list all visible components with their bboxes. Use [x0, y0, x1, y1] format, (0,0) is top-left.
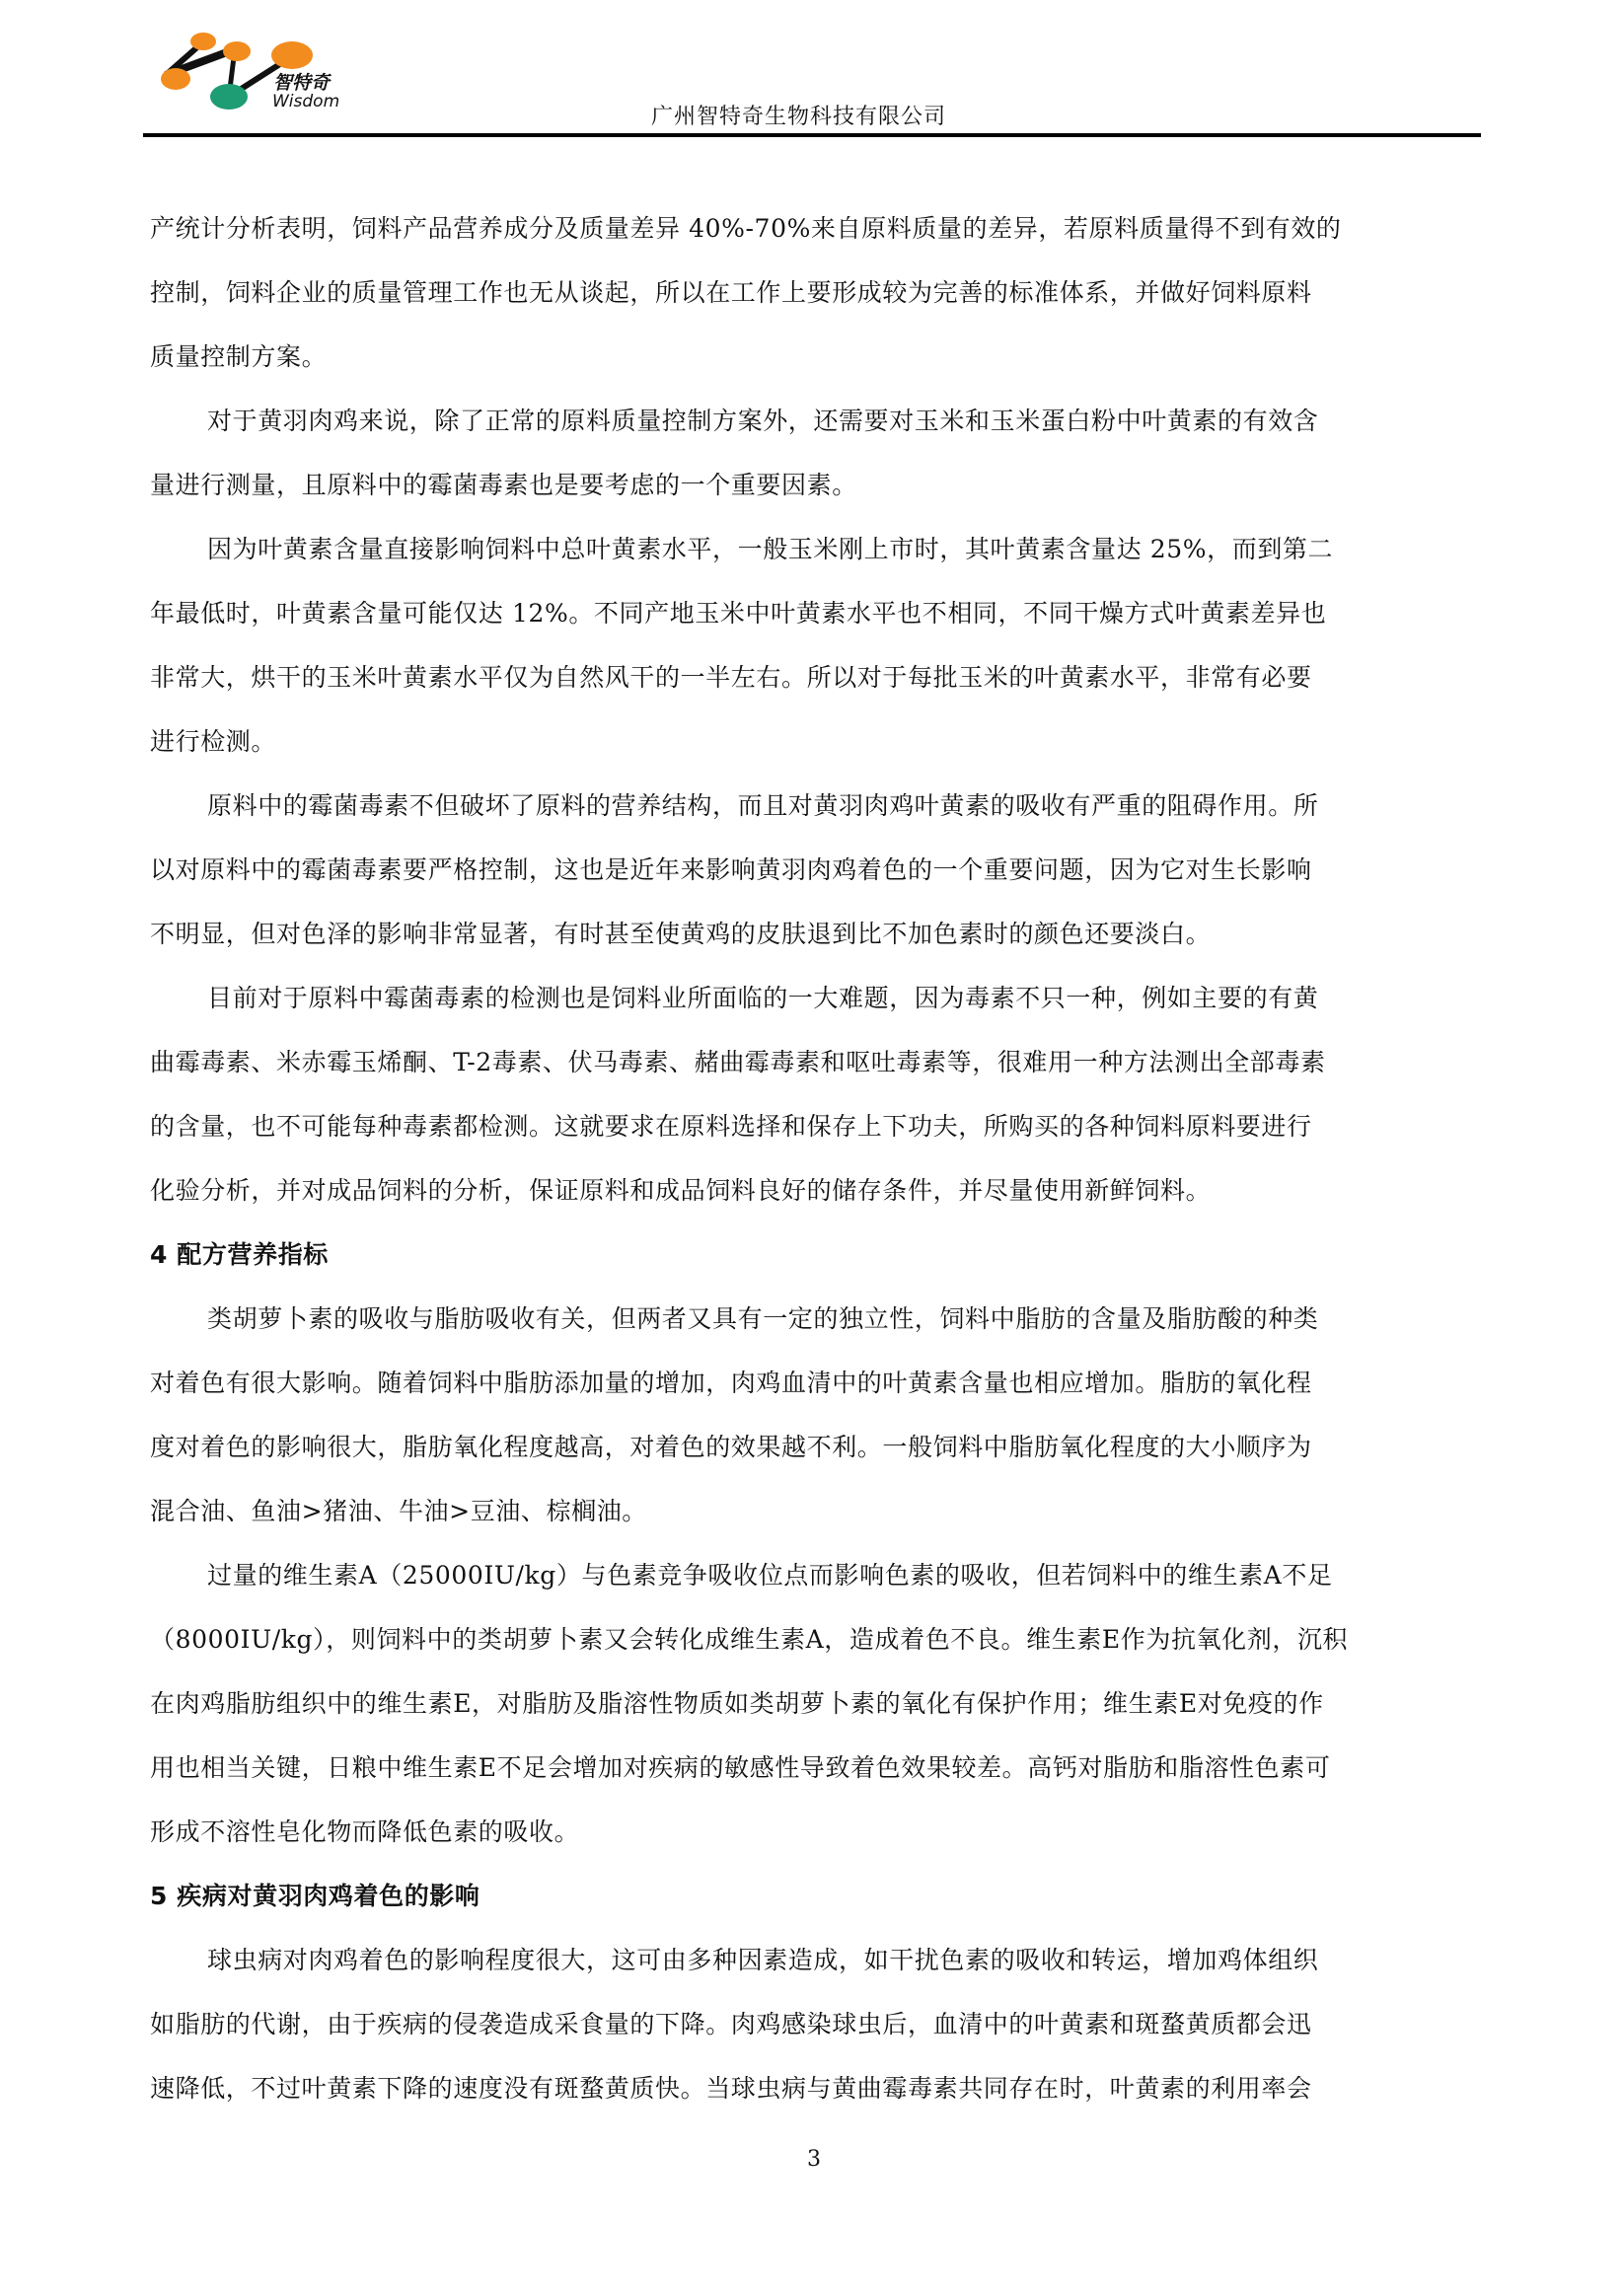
paragraph-line: 进行检测。 [150, 720, 1494, 784]
paragraph-line: 的含量，也不可能每种毒素都检测。这就要求在原料选择和保存上下功夫，所购买的各种饲… [150, 1105, 1494, 1169]
paragraph-line: 类胡萝卜素的吸收与脂肪吸收有关，但两者又具有一定的独立性，饲料中脂肪的含量及脂肪… [150, 1297, 1494, 1362]
header-divider [143, 133, 1481, 137]
company-logo: 智特奇 Wisdom [148, 26, 375, 114]
paragraph-line: 用也相当关键，日粮中维生素E不足会增加对疾病的敏感性导致着色效果较差。高钙对脂肪… [150, 1746, 1494, 1811]
paragraph-line: 不明显，但对色泽的影响非常显著，有时甚至使黄鸡的皮肤退到比不加色素时的颜色还要淡… [150, 913, 1494, 977]
paragraph-line: 对于黄羽肉鸡来说，除了正常的原料质量控制方案外，还需要对玉米和玉米蛋白粉中叶黄素… [150, 400, 1494, 464]
paragraph-line: 非常大，烘干的玉米叶黄素水平仅为自然风干的一半左右。所以对于每批玉米的叶黄素水平… [150, 656, 1494, 720]
paragraph-line: 控制，饲料企业的质量管理工作也无从谈起，所以在工作上要形成较为完善的标准体系，并… [150, 271, 1494, 335]
svg-text:Wisdom: Wisdom [272, 92, 339, 111]
section-heading-4: 4 配方营养指标 [150, 1233, 1494, 1297]
paragraph-line: 度对着色的影响很大，脂肪氧化程度越高，对着色的效果越不利。一般饲料中脂肪氧化程度… [150, 1426, 1494, 1490]
paragraph-line: 混合油、鱼油>猪油、牛油>豆油、棕榈油。 [150, 1490, 1494, 1554]
paragraph-line: 形成不溶性皂化物而降低色素的吸收。 [150, 1811, 1494, 1875]
paragraph-line: 量进行测量，且原料中的霉菌毒素也是要考虑的一个重要因素。 [150, 464, 1494, 528]
company-name: 广州智特奇生物科技有限公司 [651, 100, 946, 130]
paragraph-line: 在肉鸡脂肪组织中的维生素E，对脂肪及脂溶性物质如类胡萝卜素的氧化有保护作用；维生… [150, 1682, 1494, 1746]
paragraph-line: 曲霉毒素、米赤霉玉烯酮、T-2毒素、伏马毒素、赭曲霉毒素和呕吐毒素等，很难用一种… [150, 1041, 1494, 1105]
paragraph-line: 速降低，不过叶黄素下降的速度没有斑蝥黄质快。当球虫病与黄曲霉毒素共同存在时，叶黄… [150, 2067, 1494, 2131]
paragraph-line: 球虫病对肉鸡着色的影响程度很大，这可由多种因素造成，如干扰色素的吸收和转运，增加… [150, 1939, 1494, 2003]
document-page: 智特奇 Wisdom 广州智特奇生物科技有限公司 产统计分析表明，饲料产品营养成… [0, 0, 1624, 2296]
paragraph-line: 年最低时，叶黄素含量可能仅达 12%。不同产地玉米中叶黄素水平也不相同，不同干燥… [150, 592, 1494, 656]
paragraph-line: 如脂肪的代谢，由于疾病的侵袭造成采食量的下降。肉鸡感染球虫后，血清中的叶黄素和斑… [150, 2003, 1494, 2067]
paragraph-line: 原料中的霉菌毒素不但破坏了原料的营养结构，而且对黄羽肉鸡叶黄素的吸收有严重的阻碍… [150, 784, 1494, 849]
svg-text:智特奇: 智特奇 [273, 72, 332, 94]
document-body: 产统计分析表明，饲料产品营养成分及质量差异 40%-70%来自原料质量的差异，若… [150, 207, 1494, 2131]
section-heading-5: 5 疾病对黄羽肉鸡着色的影响 [150, 1875, 1494, 1939]
paragraph-line: 过量的维生素A（25000IU/kg）与色素竞争吸收位点而影响色素的吸收，但若饲… [150, 1554, 1494, 1618]
wisdom-logo-icon: 智特奇 Wisdom [148, 26, 375, 114]
paragraph-line: 目前对于原料中霉菌毒素的检测也是饲料业所面临的一大难题，因为毒素不只一种，例如主… [150, 977, 1494, 1041]
page-number: 3 [807, 2147, 821, 2172]
paragraph-line: 质量控制方案。 [150, 335, 1494, 400]
paragraph-line: （8000IU/kg），则饲料中的类胡萝卜素又会转化成维生素A，造成着色不良。维… [150, 1618, 1494, 1682]
paragraph-line: 以对原料中的霉菌毒素要严格控制，这也是近年来影响黄羽肉鸡着色的一个重要问题，因为… [150, 849, 1494, 913]
paragraph-line: 化验分析，并对成品饲料的分析，保证原料和成品饲料良好的储存条件，并尽量使用新鲜饲… [150, 1169, 1494, 1233]
paragraph-line: 产统计分析表明，饲料产品营养成分及质量差异 40%-70%来自原料质量的差异，若… [150, 207, 1494, 271]
paragraph-line: 因为叶黄素含量直接影响饲料中总叶黄素水平，一般玉米刚上市时，其叶黄素含量达 25… [150, 528, 1494, 592]
paragraph-line: 对着色有很大影响。随着饲料中脂肪添加量的增加，肉鸡血清中的叶黄素含量也相应增加。… [150, 1362, 1494, 1426]
